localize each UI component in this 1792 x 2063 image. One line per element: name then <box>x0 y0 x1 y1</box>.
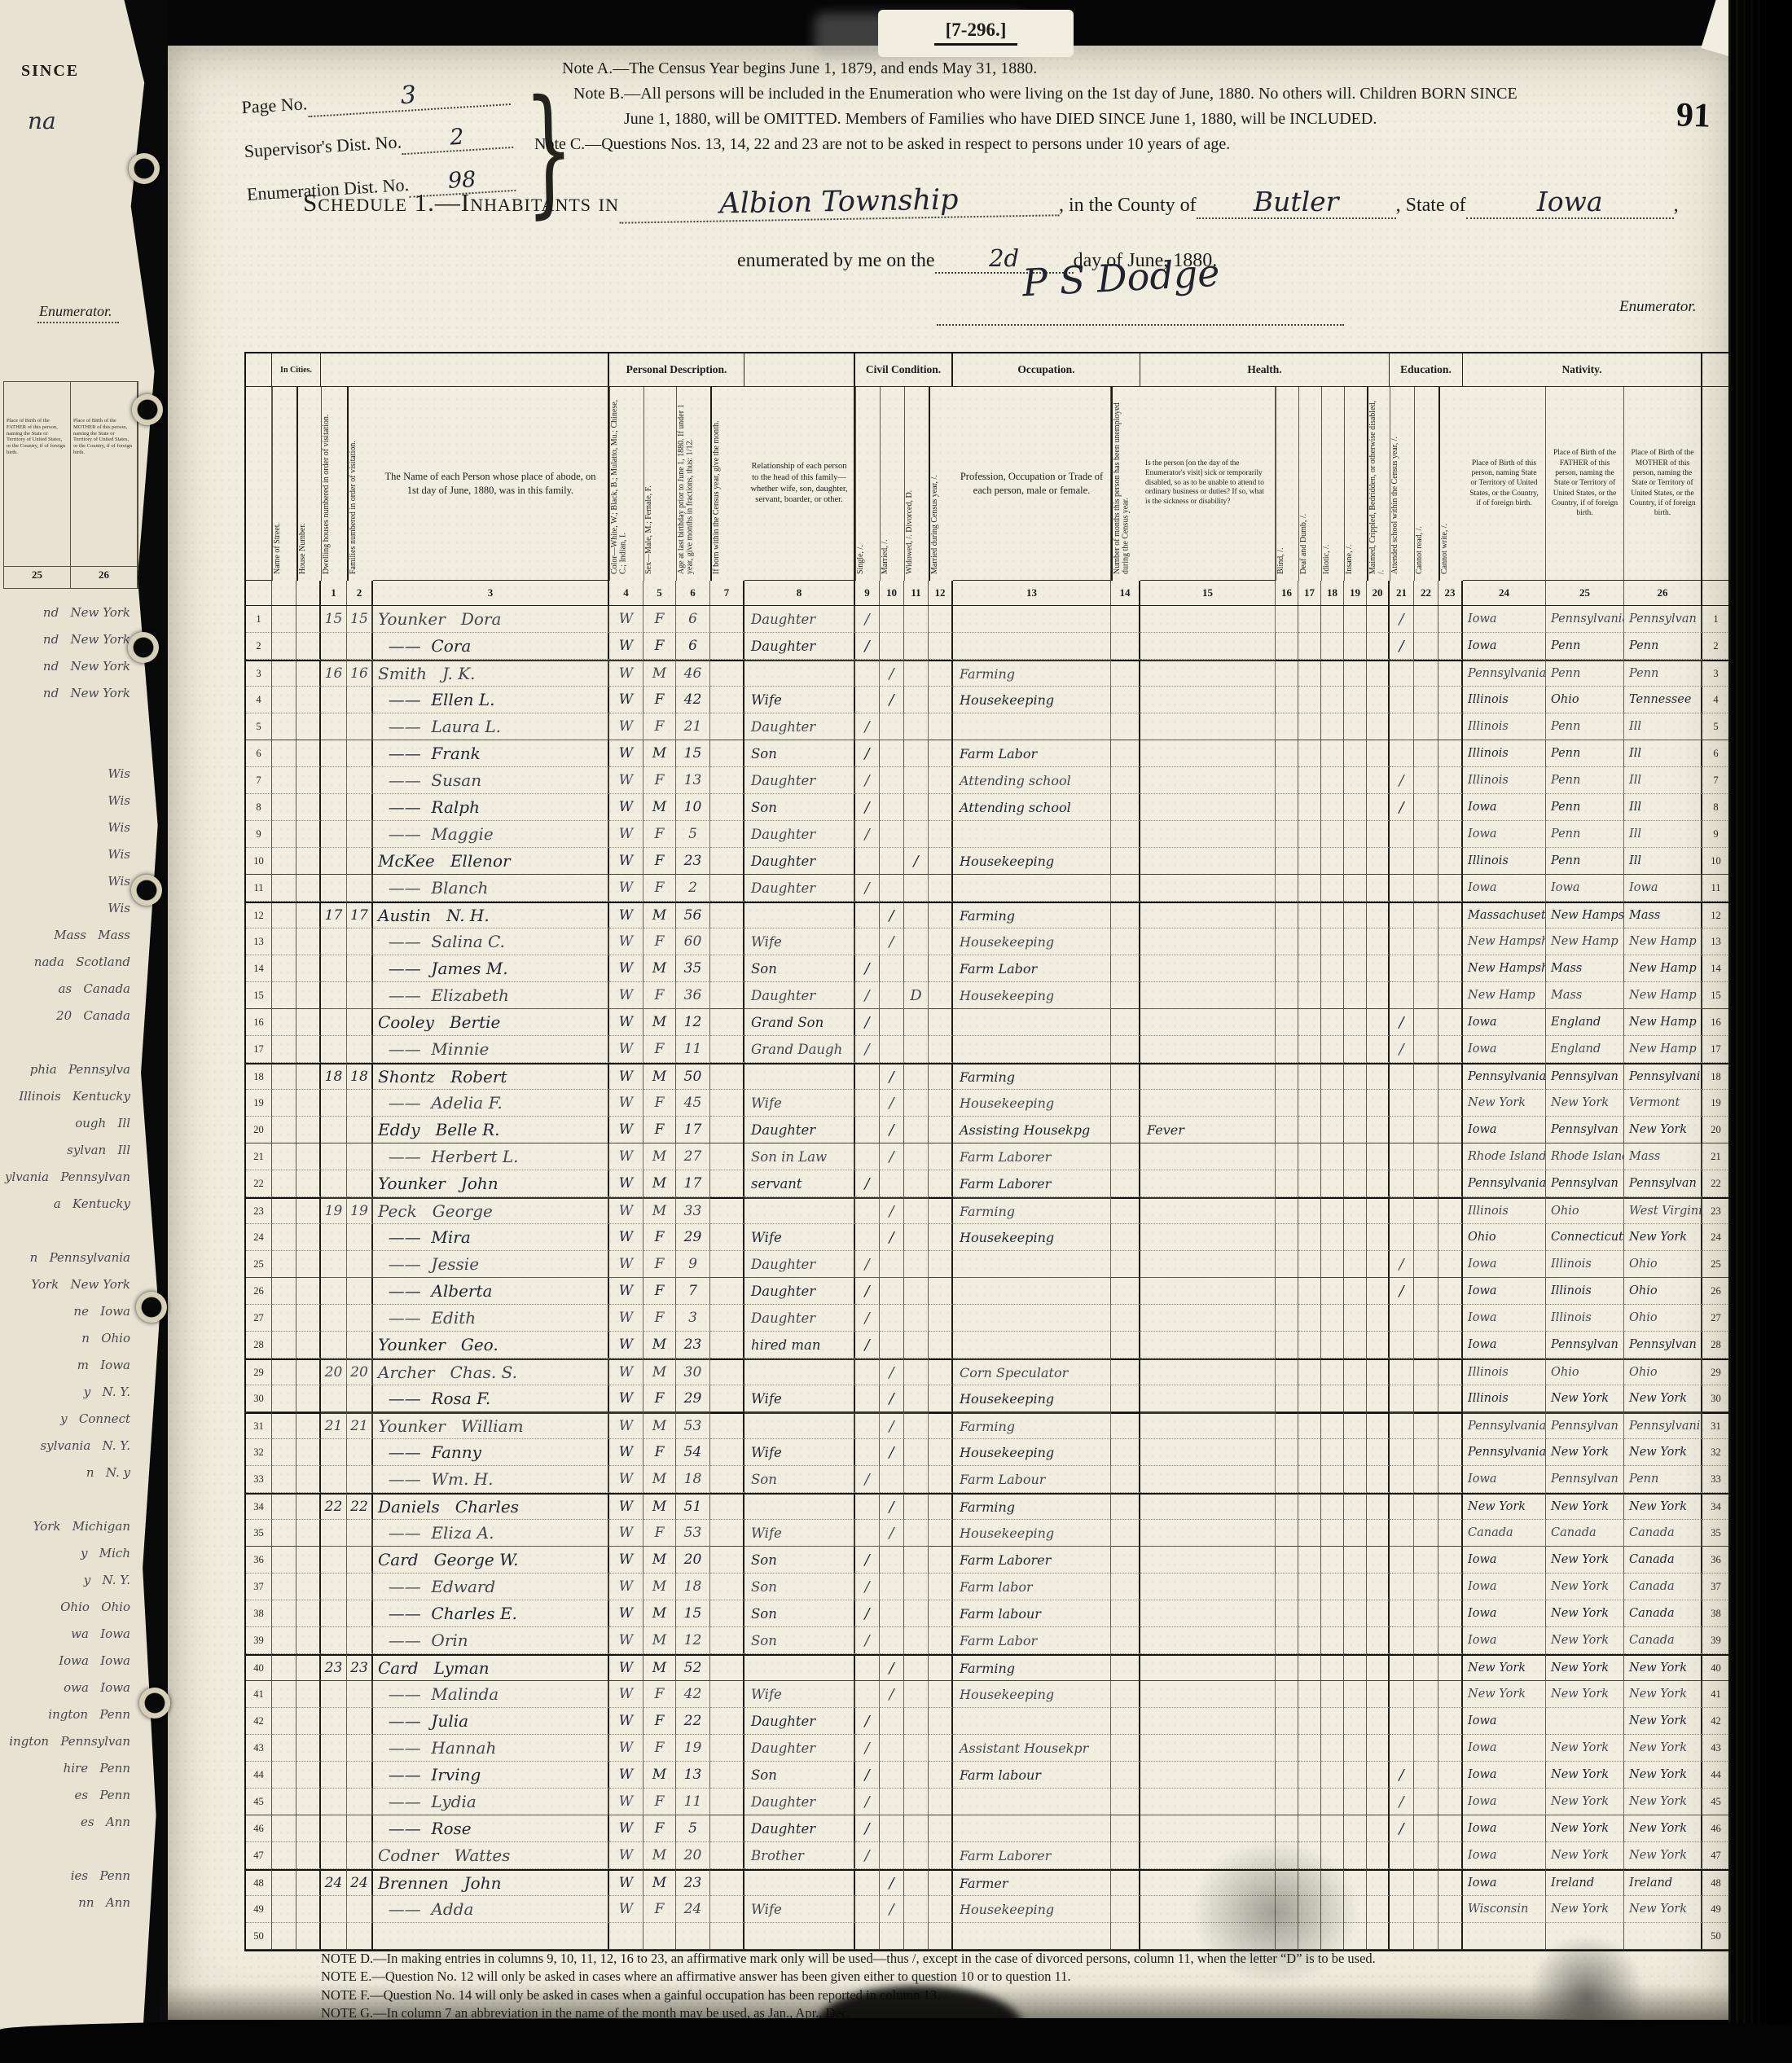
cell-birthplace: Iowa <box>1463 1600 1546 1627</box>
cell-father-birthplace <box>1546 1708 1624 1735</box>
cell-birthplace: Illinois <box>1463 740 1546 767</box>
cell-insane <box>1344 928 1367 955</box>
cell-line-left: 14 <box>246 955 272 982</box>
cell-maimed <box>1367 902 1390 928</box>
cell-street <box>272 1278 296 1305</box>
cell-blind <box>1276 1063 1298 1090</box>
cell-name: —— Adelia F. <box>373 1090 609 1117</box>
cell-sex: M <box>643 1412 676 1439</box>
cell-dwelling <box>321 1090 347 1117</box>
cell-married <box>880 1735 904 1762</box>
cell-school <box>1390 1439 1414 1466</box>
cell-family <box>347 1708 373 1735</box>
cell-blind <box>1276 633 1298 660</box>
cell-idiotic <box>1321 1896 1344 1923</box>
cell-father-birthplace: Penn <box>1546 660 1624 687</box>
cell-deaf <box>1298 1627 1321 1654</box>
cell-birthplace: Pennsylvania <box>1463 660 1546 687</box>
cell-house <box>296 687 321 713</box>
cell-school <box>1390 1735 1414 1762</box>
cell-single <box>855 902 880 928</box>
cell-married-year <box>929 1923 953 1950</box>
cell-line-left: 28 <box>246 1332 272 1359</box>
cell-family: 18 <box>347 1063 373 1090</box>
cell-birth-month <box>710 902 744 928</box>
cell-house <box>296 660 321 687</box>
cell-family <box>347 1735 373 1762</box>
cell-cannot-write <box>1438 1869 1463 1896</box>
cell-color: W <box>609 1332 643 1359</box>
cell-widowed <box>904 1009 929 1036</box>
cell-cannot-read <box>1414 1708 1438 1735</box>
cell-married-year <box>929 713 953 740</box>
cell-idiotic <box>1321 1063 1344 1090</box>
group-personal-description: Personal Description. <box>609 353 744 386</box>
cell-cannot-read <box>1414 767 1438 794</box>
cell-birthplace: Iowa <box>1463 1842 1546 1869</box>
cell-maimed <box>1367 821 1390 848</box>
cell-married-year <box>929 1170 953 1197</box>
cell-father-birthplace: Penn <box>1546 633 1624 660</box>
cell-mother-birthplace: Ohio <box>1624 1251 1702 1278</box>
cell-married-year <box>929 767 953 794</box>
cell-idiotic <box>1321 1493 1344 1520</box>
margin-fragment: n Ohio <box>0 1325 143 1352</box>
cell-line-right: 26 <box>1702 1278 1729 1305</box>
cell-unemployed <box>1111 633 1140 660</box>
cell-maimed <box>1367 1009 1390 1036</box>
cell-cannot-write <box>1438 1708 1463 1735</box>
cell-school <box>1390 1708 1414 1735</box>
cell-occupation: Corn Speculator <box>953 1359 1111 1385</box>
cell-single <box>855 1224 880 1251</box>
cell-color: W <box>609 1090 643 1117</box>
note-b-line1: Note B.—All persons will be included in … <box>528 86 1619 102</box>
cell-widowed <box>904 1466 929 1493</box>
cell-age: 3 <box>676 1305 710 1332</box>
cell-insane <box>1344 1197 1367 1224</box>
cell-maimed <box>1367 1143 1390 1170</box>
cell-idiotic <box>1321 1923 1344 1950</box>
cell-married <box>880 1789 904 1815</box>
cell-street <box>272 848 296 875</box>
cell-married: / <box>880 1090 904 1117</box>
cell-cannot-write <box>1438 1251 1463 1278</box>
cell-mother-birthplace: New Hamp <box>1624 928 1702 955</box>
cell-birth-month <box>710 1654 744 1681</box>
cell-insane <box>1344 767 1367 794</box>
cell-father-birthplace: New York <box>1546 1842 1624 1869</box>
margin-fragment: n Pennsylvania <box>0 1244 143 1271</box>
cell-relationship: Son in Law <box>744 1143 855 1170</box>
margin-fragment: Illinois Kentucky <box>0 1083 143 1110</box>
cell-line-left: 23 <box>246 1197 272 1224</box>
cell-age: 52 <box>676 1654 710 1681</box>
cell-birth-month <box>710 982 744 1009</box>
cell-school <box>1390 1896 1414 1923</box>
cell-cannot-read <box>1414 1143 1438 1170</box>
table-row: 47Codner WattesWM20Brother/Farm LaborerI… <box>246 1842 1729 1869</box>
cell-deaf <box>1298 794 1321 821</box>
cell-blind <box>1276 1842 1298 1869</box>
cell-age: 33 <box>676 1197 710 1224</box>
cell-unemployed <box>1111 982 1140 1009</box>
cell-idiotic <box>1321 1009 1344 1036</box>
cell-occupation: Farming <box>953 902 1111 928</box>
binder-eyelet <box>131 875 162 906</box>
cell-widowed <box>904 1896 929 1923</box>
cell-house <box>296 1359 321 1385</box>
table-row: 19 —— Adelia F.WF45Wife/HousekeepingNew … <box>246 1090 1729 1117</box>
cell-single <box>855 1520 880 1547</box>
table-row: 41 —— MalindaWF42Wife/HousekeepingNew Yo… <box>246 1681 1729 1708</box>
cell-school <box>1390 1681 1414 1708</box>
cell-street <box>272 1143 296 1170</box>
cell-family <box>347 1170 373 1197</box>
cell-insane <box>1344 1789 1367 1815</box>
margin-fragment: a Kentucky <box>0 1191 143 1218</box>
cell-unemployed <box>1111 848 1140 875</box>
cell-line-right: 22 <box>1702 1170 1729 1197</box>
cell-relationship: Daughter <box>744 1735 855 1762</box>
cell-family <box>347 848 373 875</box>
cell-school <box>1390 1063 1414 1090</box>
cell-idiotic <box>1321 902 1344 928</box>
cell-cannot-write <box>1438 1896 1463 1923</box>
cell-relationship: Wife <box>744 928 855 955</box>
cell-idiotic <box>1321 1654 1344 1681</box>
cell-insane <box>1344 1654 1367 1681</box>
header-single: Single, /. <box>855 387 880 581</box>
cell-sex: F <box>643 1036 676 1063</box>
cell-age: 10 <box>676 794 710 821</box>
table-row: 11 —— BlanchWF2Daughter/IowaIowaIowa11 <box>246 875 1729 902</box>
cell-school <box>1390 1359 1414 1385</box>
cell-birthplace: Iowa <box>1463 875 1546 902</box>
cell-sickness <box>1140 955 1276 982</box>
margin-fragment <box>0 1486 143 1513</box>
cell-married-year <box>929 902 953 928</box>
cell-line-right: 15 <box>1702 982 1729 1009</box>
binder-eyelet <box>129 153 160 184</box>
cell-insane <box>1344 955 1367 982</box>
cell-birthplace <box>1463 1923 1546 1950</box>
cell-birth-month <box>710 1600 744 1627</box>
cell-cannot-write <box>1438 660 1463 687</box>
cell-married-year <box>929 1412 953 1439</box>
table-row: 10McKee EllenorWF23Daughter/Housekeeping… <box>246 848 1729 875</box>
cell-color: W <box>609 1815 643 1842</box>
cell-dwelling <box>321 1278 347 1305</box>
cell-street <box>272 687 296 713</box>
cell-unemployed <box>1111 1063 1140 1090</box>
cell-sickness <box>1140 1627 1276 1654</box>
cell-school: / <box>1390 1009 1414 1036</box>
cell-sex: M <box>643 1359 676 1385</box>
cell-school <box>1390 875 1414 902</box>
cell-insane <box>1344 821 1367 848</box>
cell-cannot-read <box>1414 1574 1438 1600</box>
cell-street <box>272 1654 296 1681</box>
margin-fragment: Wis <box>0 788 143 814</box>
cell-maimed <box>1367 606 1390 633</box>
cell-married: / <box>880 1896 904 1923</box>
cell-name: Eddy Belle R. <box>373 1117 609 1143</box>
cell-cannot-write <box>1438 1735 1463 1762</box>
cell-married <box>880 1547 904 1574</box>
cell-name: —— Lydia <box>373 1789 609 1815</box>
cell-house <box>296 740 321 767</box>
cell-birth-month <box>710 1520 744 1547</box>
cell-mother-birthplace: New Hamp <box>1624 1036 1702 1063</box>
cell-married-year <box>929 1143 953 1170</box>
cell-house <box>296 1385 321 1412</box>
cell-unemployed <box>1111 1627 1140 1654</box>
cell-mother-birthplace: New York <box>1624 1654 1702 1681</box>
cell-color: W <box>609 633 643 660</box>
cell-relationship: Daughter <box>744 1815 855 1842</box>
cell-line-right: 39 <box>1702 1627 1729 1654</box>
cell-cannot-write <box>1438 1815 1463 1842</box>
cell-deaf <box>1298 1412 1321 1439</box>
table-column-numbers: 1 2 3 4 5 6 7 8 9 10 11 12 13 14 15 16 1… <box>246 581 1729 606</box>
cell-birth-month <box>710 767 744 794</box>
cell-blind <box>1276 1090 1298 1117</box>
cell-house <box>296 1708 321 1735</box>
cell-birth-month <box>710 955 744 982</box>
cell-house <box>296 875 321 902</box>
cell-birth-month <box>710 1117 744 1143</box>
cell-deaf <box>1298 633 1321 660</box>
cell-father-birthplace: England <box>1546 1009 1624 1036</box>
cell-father-birthplace: Penn <box>1546 794 1624 821</box>
cell-unemployed <box>1111 1412 1140 1439</box>
cell-birthplace: Iowa <box>1463 1009 1546 1036</box>
cell-single: / <box>855 1251 880 1278</box>
cell-sickness <box>1140 794 1276 821</box>
cell-deaf <box>1298 660 1321 687</box>
cell-single: / <box>855 1815 880 1842</box>
cell-married-year <box>929 821 953 848</box>
cell-color: W <box>609 875 643 902</box>
cell-cannot-read <box>1414 1090 1438 1117</box>
group-civil-condition: Civil Condition. <box>855 353 953 386</box>
cell-birth-month <box>710 1412 744 1439</box>
cell-street <box>272 713 296 740</box>
cell-name: Younker William <box>373 1412 609 1439</box>
cell-idiotic <box>1321 1412 1344 1439</box>
cell-married: / <box>880 687 904 713</box>
margin-enumerator-label: Enumerator. <box>37 303 119 323</box>
cell-school <box>1390 1627 1414 1654</box>
cell-unemployed <box>1111 1789 1140 1815</box>
cell-line-left: 5 <box>246 713 272 740</box>
binder-eyelet <box>139 1688 170 1718</box>
cell-color: W <box>609 1789 643 1815</box>
cell-family: 19 <box>347 1197 373 1224</box>
cell-married <box>880 1842 904 1869</box>
cell-age: 50 <box>676 1063 710 1090</box>
cell-sex: M <box>643 902 676 928</box>
binder-eyelet <box>132 394 163 425</box>
cell-relationship: Son <box>744 1574 855 1600</box>
cell-married-year <box>929 1547 953 1574</box>
cell-color: W <box>609 687 643 713</box>
margin-fragment: phia Pennsylva <box>0 1056 143 1083</box>
cell-insane <box>1344 1224 1367 1251</box>
cell-unemployed <box>1111 1762 1140 1789</box>
cell-age: 17 <box>676 1117 710 1143</box>
cell-idiotic <box>1321 767 1344 794</box>
cell-cannot-write <box>1438 1412 1463 1439</box>
cell-deaf <box>1298 1385 1321 1412</box>
cell-sex: M <box>643 1143 676 1170</box>
township-value: Albion Township <box>619 182 1060 223</box>
cell-dwelling <box>321 740 347 767</box>
cell-single: / <box>855 982 880 1009</box>
cell-relationship: Daughter <box>744 1305 855 1332</box>
cell-married <box>880 1466 904 1493</box>
cell-married <box>880 982 904 1009</box>
cell-name: —— Maggie <box>373 821 609 848</box>
cell-birthplace: Iowa <box>1463 1574 1546 1600</box>
cell-street <box>272 1789 296 1815</box>
cell-father-birthplace: Penn <box>1546 848 1624 875</box>
cell-name: Shontz Robert <box>373 1063 609 1090</box>
cell-father-birthplace: New York <box>1546 1385 1624 1412</box>
table-column-headers: Name of Street. House Number. Dwelling h… <box>246 387 1729 581</box>
torn-paper-fragment: SINCE na Enumerator. Place of Birth of t… <box>0 0 168 2063</box>
cell-birth-month <box>710 606 744 633</box>
cell-occupation <box>953 606 1111 633</box>
table-row: 32 —— FannyWF54Wife/HousekeepingPennsylv… <box>246 1439 1729 1466</box>
cell-relationship: Daughter <box>744 848 855 875</box>
cell-birth-month <box>710 740 744 767</box>
header-color: Color—White, W.; Black, B.; Mulatto, Mu.… <box>609 387 643 581</box>
cell-color: W <box>609 1654 643 1681</box>
cell-cannot-read <box>1414 1493 1438 1520</box>
cell-blind <box>1276 794 1298 821</box>
cell-cannot-write <box>1438 713 1463 740</box>
cell-deaf <box>1298 1305 1321 1332</box>
cell-idiotic <box>1321 1574 1344 1600</box>
cell-dwelling <box>321 1466 347 1493</box>
cell-school <box>1390 1170 1414 1197</box>
cell-sex: F <box>643 1708 676 1735</box>
margin-fragment: York New York <box>0 1271 143 1298</box>
cell-maimed <box>1367 1735 1390 1762</box>
cell-occupation: Farm Laborer <box>953 1170 1111 1197</box>
cell-dwelling <box>321 1600 347 1627</box>
cell-maimed <box>1367 1090 1390 1117</box>
cell-street <box>272 1815 296 1842</box>
cell-widowed <box>904 1170 929 1197</box>
cell-cannot-read <box>1414 1305 1438 1332</box>
table-row: 312121Younker WilliamWM53/FarmingPennsyl… <box>246 1412 1729 1439</box>
cell-insane <box>1344 1762 1367 1789</box>
cell-blind <box>1276 875 1298 902</box>
header-idiotic: Idiotic, /. <box>1321 387 1344 581</box>
cell-dwelling: 17 <box>321 902 347 928</box>
cell-street <box>272 1923 296 1950</box>
cell-unemployed <box>1111 1896 1140 1923</box>
cell-blind <box>1276 1923 1298 1950</box>
cell-sex: M <box>643 1627 676 1654</box>
cell-idiotic <box>1321 633 1344 660</box>
cell-father-birthplace: New York <box>1546 1896 1624 1923</box>
cell-line-left: 6 <box>246 740 272 767</box>
cell-widowed <box>904 633 929 660</box>
cell-sickness <box>1140 1815 1276 1842</box>
cell-dwelling <box>321 713 347 740</box>
cell-married: / <box>880 1117 904 1143</box>
colno-22: 22 <box>1414 581 1438 605</box>
header-relationship: Relationship of each person to the head … <box>744 387 855 581</box>
cell-father-birthplace: Ohio <box>1546 1197 1624 1224</box>
header-blind: Blind, /. <box>1276 387 1298 581</box>
cell-school <box>1390 1869 1414 1896</box>
cell-single <box>855 1143 880 1170</box>
cell-married: / <box>880 1224 904 1251</box>
cell-cannot-read <box>1414 1789 1438 1815</box>
cell-birthplace: Illinois <box>1463 687 1546 713</box>
cell-house <box>296 1305 321 1332</box>
table-row: 4 —— Ellen L.WF42Wife/HousekeepingIllino… <box>246 687 1729 713</box>
cell-maimed <box>1367 1224 1390 1251</box>
state-label: , State of <box>1396 195 1466 217</box>
cell-dwelling <box>321 1009 347 1036</box>
cell-birthplace: New Hampshire <box>1463 955 1546 982</box>
header-sex: Sex—Male, M.; Female, F. <box>643 387 676 581</box>
cell-blind <box>1276 1170 1298 1197</box>
cell-line-right: 49 <box>1702 1896 1729 1923</box>
cell-sickness <box>1140 1439 1276 1466</box>
cell-dwelling <box>321 928 347 955</box>
cell-married-year <box>929 1681 953 1708</box>
cell-occupation: Housekeeping <box>953 928 1111 955</box>
cell-maimed <box>1367 1385 1390 1412</box>
cell-line-left: 11 <box>246 875 272 902</box>
cell-deaf <box>1298 1278 1321 1305</box>
cell-idiotic <box>1321 687 1344 713</box>
cell-school <box>1390 1224 1414 1251</box>
cell-deaf <box>1298 1439 1321 1466</box>
margin-fragment <box>0 707 143 734</box>
colno-20: 20 <box>1367 581 1390 605</box>
cell-widowed <box>904 1278 929 1305</box>
cell-name: —— Jessie <box>373 1251 609 1278</box>
cell-cannot-read <box>1414 1923 1438 1950</box>
cell-street <box>272 1385 296 1412</box>
cell-single: / <box>855 1600 880 1627</box>
cell-relationship: Daughter <box>744 713 855 740</box>
cell-dwelling: 15 <box>321 606 347 633</box>
cell-street <box>272 1896 296 1923</box>
cell-occupation: Farming <box>953 1197 1111 1224</box>
cell-deaf <box>1298 1547 1321 1574</box>
cell-idiotic <box>1321 1789 1344 1815</box>
cell-family <box>347 1681 373 1708</box>
cell-name: —— Wm. H. <box>373 1466 609 1493</box>
cell-line-right: 40 <box>1702 1654 1729 1681</box>
cell-cannot-read <box>1414 1600 1438 1627</box>
cell-house <box>296 794 321 821</box>
cell-single <box>855 928 880 955</box>
cell-dwelling <box>321 875 347 902</box>
cell-relationship: Son <box>744 740 855 767</box>
cell-cannot-write <box>1438 955 1463 982</box>
cell-school <box>1390 660 1414 687</box>
